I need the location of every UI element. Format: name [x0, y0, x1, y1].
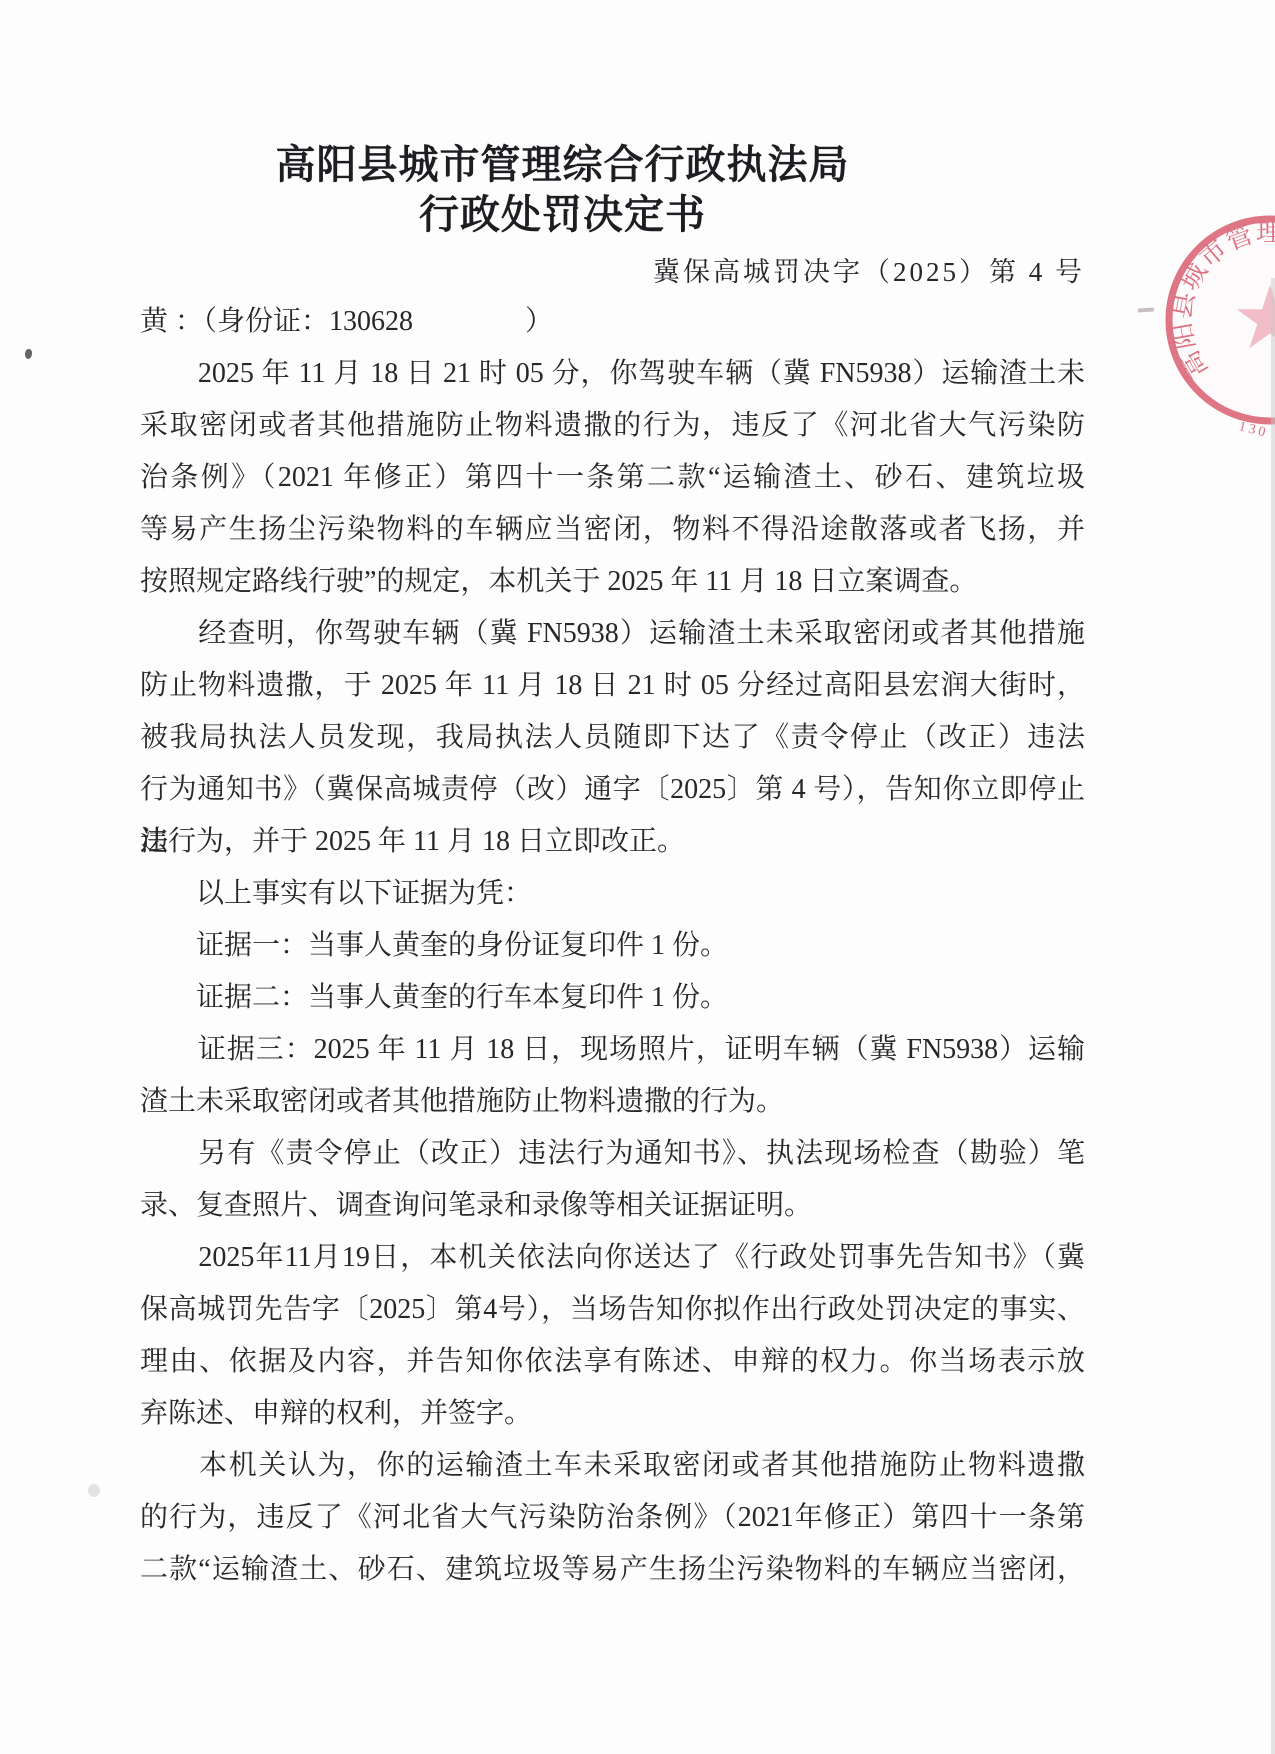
body-line: 弃陈述、申辩的权利，并签字。 [140, 1388, 1085, 1440]
body-line: 行为通知书》（冀保高城责停（改）通字〔2025〕第 4 号），告知你立即停止违 [140, 764, 1085, 816]
scan-speck [25, 349, 32, 359]
document-title-line2: 行政处罚决定书 [140, 190, 985, 240]
body-line: 以上事实有以下证据为凭： [140, 868, 1085, 920]
scan-smudge [88, 1484, 100, 1497]
body-line: 本机关认为，你的运输渣土车未采取密闭或者其他措施防止物料遗撒 [140, 1440, 1085, 1492]
body-line: 证据一：当事人黄奎的身份证复印件 1 份。 [140, 920, 1085, 972]
body-line: 经查明，你驾驶车辆（冀 FN5938）运输渣土未采取密闭或者其他措施 [140, 608, 1085, 660]
body-line: 渣土未采取密闭或者其他措施防止物料遗撒的行为。 [140, 1076, 1085, 1128]
body-line: 录、复查照片、调查询问笔录和录像等相关证据证明。 [140, 1180, 1085, 1232]
body-line: 法行为，并于 2025 年 11 月 18 日立即改正。 [140, 816, 1085, 868]
document-page: 高阳县城市管理综合行政执法局 行政处罚决定书 冀保高城罚决字（2025）第 4 … [0, 0, 1275, 1754]
body-line: 的行为，违反了《河北省大气污染防治条例》（2021年修正）第四十一条第 [140, 1492, 1085, 1544]
body-line: 证据二：当事人黄奎的行车本复印件 1 份。 [140, 972, 1085, 1024]
document-title: 高阳县城市管理综合行政执法局 行政处罚决定书 [140, 140, 985, 240]
body-line: 理由、依据及内容，并告知你依法享有陈述、申辩的权力。你当场表示放 [140, 1336, 1085, 1388]
body-line: 另有《责令停止（改正）违法行为通知书》、执法现场检查（勘验）笔 [140, 1128, 1085, 1180]
body-line: 保高城罚先告字〔2025〕第4号），当场告知你拟作出行政处罚决定的事实、 [140, 1284, 1085, 1336]
document-number: 冀保高城罚决字（2025）第 4 号 [140, 250, 1085, 289]
body-line: 采取密闭或者其他措施防止物料遗撒的行为，违反了《河北省大气污染防 [140, 400, 1085, 452]
official-seal: 高阳县城市管理综合行政执法局 130 [1152, 206, 1275, 446]
body-line: 等易产生扬尘污染物料的车辆应当密闭，物料不得沿途散落或者飞扬，并 [140, 504, 1085, 556]
scan-edge-line [1271, 278, 1275, 1754]
document-title-line1: 高阳县城市管理综合行政执法局 [140, 140, 985, 190]
document-body: 黄 ：（身份证：130628 ） 2025 年 11 月 18 日 21 时 0… [140, 296, 1085, 1596]
body-line: 证据三：2025 年 11 月 18 日，现场照片，证明车辆（冀 FN5938）… [140, 1024, 1085, 1076]
body-line: 2025 年 11 月 18 日 21 时 05 分，你驾驶车辆（冀 FN593… [140, 348, 1085, 400]
body-line: 2025年11月19日，本机关依法向你送达了《行政处罚事先告知书》（冀 [140, 1232, 1085, 1284]
body-line: 黄 ：（身份证：130628 ） [140, 296, 1085, 348]
body-line: 按照规定路线行驶”的规定，本机关于 2025 年 11 月 18 日立案调查。 [140, 556, 1085, 608]
body-line: 治条例》（2021 年修正）第四十一条第二款“运输渣土、砂石、建筑垃圾 [140, 452, 1085, 504]
body-line: 防止物料遗撒，于 2025 年 11 月 18 日 21 时 05 分经过高阳县… [140, 660, 1085, 712]
body-line: 二款“运输渣土、砂石、建筑垃圾等易产生扬尘污染物料的车辆应当密闭， [140, 1544, 1085, 1596]
body-line: 被我局执法人员发现，我局执法人员随即下达了《责令停止（改正）违法 [140, 712, 1085, 764]
